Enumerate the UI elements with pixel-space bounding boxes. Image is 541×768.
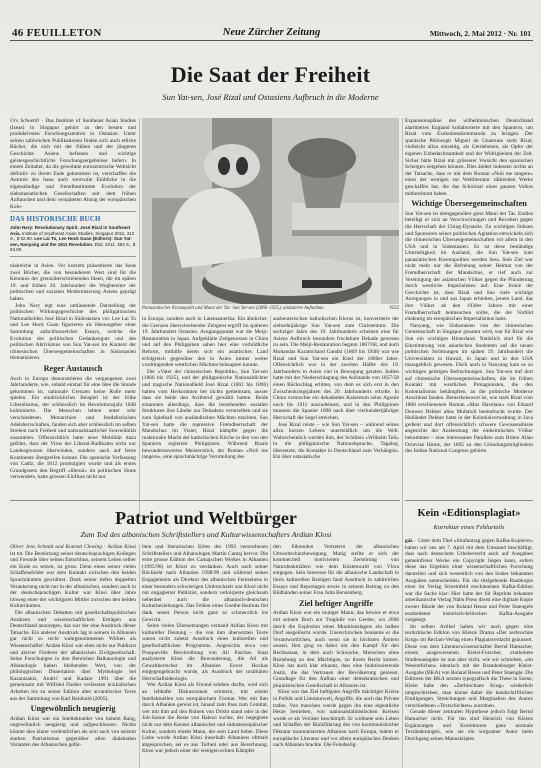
issue-date: Mittwoch, 2. Mai 2012 · Nr. 101 (430, 29, 531, 38)
column-divider (402, 118, 403, 516)
photo-image (142, 118, 399, 304)
subheading: Reger Austausch (10, 366, 136, 373)
photo-credit: NZZ (390, 306, 399, 311)
article-separator (405, 500, 533, 501)
column-divider (139, 118, 140, 516)
article3-title: Kein «Editionsplagiat» (405, 508, 533, 519)
byline: gái. (405, 538, 413, 544)
subheading: Wichtige Überseegemeinschaften (405, 201, 533, 208)
article-subtitle: Sun Yat-sen, José Rizal und Ostasiens Au… (0, 92, 541, 102)
column-divider (139, 544, 140, 768)
article-title: Die Saat der Freiheit (0, 62, 541, 88)
book-list: John Nery: Revolutionary Spirit. José Ri… (10, 225, 136, 257)
article2-col3: den führenden Vertretern der albanischen… (273, 544, 399, 768)
book-box-label: DAS HISTORISCHE BUCH (10, 211, 136, 223)
byline: Oliver Jens Schmitt und Konrad Clewing (10, 544, 102, 550)
article2-title: Patriot und Weltbürger (10, 508, 402, 529)
article1-col2: in Europa, sondern auch in Lateinamerika… (142, 316, 268, 516)
article2-col2: bten und literarischen Erbes des 1992 ve… (142, 544, 268, 768)
article3-body: gái. · Unter dem Titel «Strafantrag gege… (405, 538, 533, 768)
subheading: Ziel heftiger Angriffe (273, 601, 399, 608)
article2-subtitle: Zum Tod des albanischen Schriftstellers … (10, 530, 402, 539)
newspaper-page: 46 FEUILLETON Neue Zürcher Zeitung Mittw… (0, 0, 541, 768)
byline: Urs Schoettli (10, 118, 39, 124)
article2-col1: Oliver Jens Schmitt und Konrad Clewing ·… (10, 544, 136, 768)
article1-col1-top: Urs Schoettli · Das Institute of Southea… (10, 118, 136, 208)
column-divider (270, 316, 271, 516)
article1-col4: Expansionspläne des wilhelminischen Deut… (405, 118, 533, 516)
photo-caption: Panasiatischer Kosmopolit und Mann der T… (142, 306, 399, 311)
portrait-photo (142, 118, 399, 304)
column-divider (270, 544, 271, 768)
article1-col1-bottom: nialreiche in Asien. Vor kurzem präsenti… (10, 263, 136, 515)
page-header: 46 FEUILLETON Neue Zürcher Zeitung Mittw… (10, 26, 533, 41)
subheading: Ungewöhnlich neugierig (10, 706, 136, 713)
article-separator (10, 500, 400, 501)
article1-col3: ausbeuterischen katholischen Klerus ist,… (273, 316, 399, 516)
book-info-box: DAS HISTORISCHE BUCH John Nery: Revoluti… (10, 211, 136, 257)
article3-subtitle: Korrektur eines Fehlurteils (405, 524, 533, 531)
column-divider (402, 505, 403, 768)
